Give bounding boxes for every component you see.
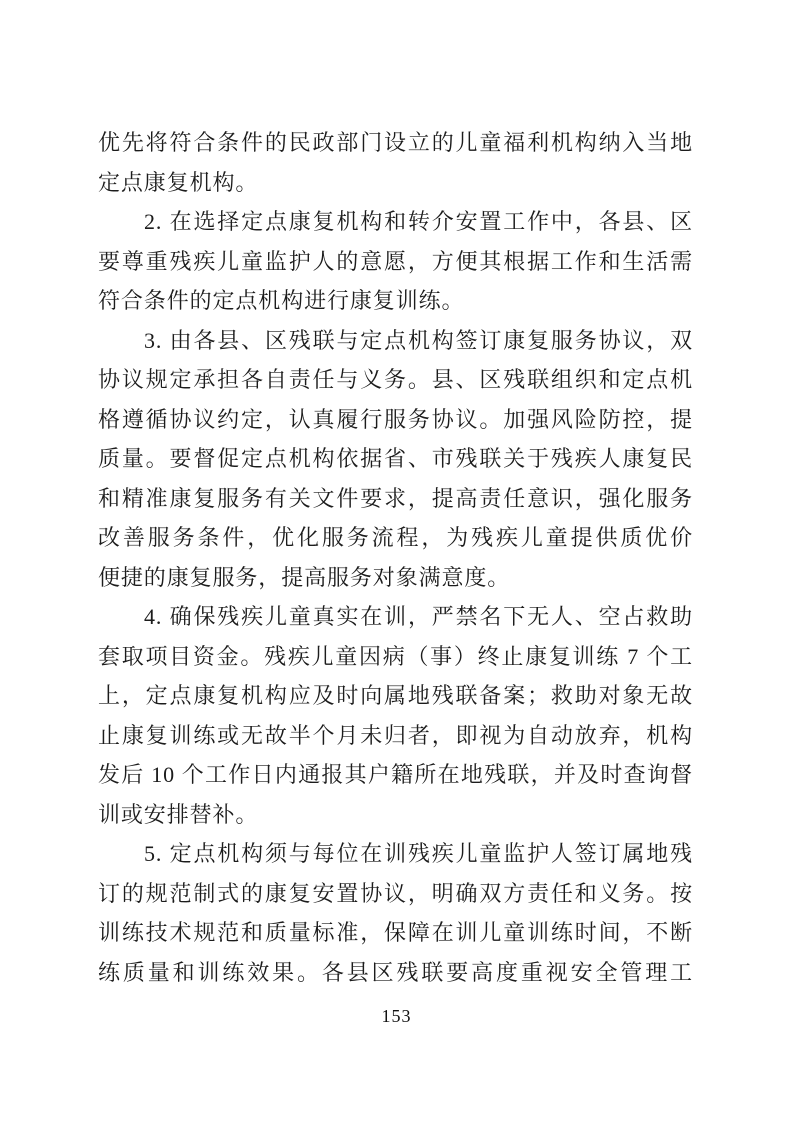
text-line: 训练技术规范和质量标准，保障在训儿童训练时间，不断提高训 bbox=[98, 913, 693, 953]
document-page: 优先将符合条件的民政部门设立的儿童福利机构纳入当地残联定点康复机构。2. 在选择… bbox=[0, 0, 793, 1122]
text-line: 符合条件的定点机构进行康复训练。 bbox=[98, 281, 693, 321]
text-line: 套取项目资金。残疾儿童因病（事）终止康复训练 7 个工作日以 bbox=[98, 637, 693, 677]
text-line: 便捷的康复服务，提高服务对象满意度。 bbox=[98, 558, 693, 598]
text-line: 2. 在选择定点康复机构和转介安置工作中，各县、区残联 bbox=[98, 202, 693, 242]
text-line: 4. 确保残疾儿童真实在训，严禁名下无人、空占救助名额 bbox=[98, 597, 693, 637]
text-line: 5. 定点机构须与每位在训残疾儿童监护人签订属地残联制 bbox=[98, 834, 693, 874]
document-body: 优先将符合条件的民政部门设立的儿童福利机构纳入当地残联定点康复机构。2. 在选择… bbox=[98, 123, 693, 992]
text-line: 改善服务条件，优化服务流程，为残疾儿童提供质优价廉、规范 bbox=[98, 518, 693, 558]
text-line: 和精准康复服务有关文件要求，提高责任意识，强化服务意识， bbox=[98, 479, 693, 519]
text-line: 发后 10 个工作日内通报其户籍所在地残联，并及时查询督查复 bbox=[98, 755, 693, 795]
text-line: 练质量和训练效果。各县区残联要高度重视安全管理工作，定期 bbox=[98, 953, 693, 993]
text-line: 训或安排替补。 bbox=[98, 795, 693, 835]
text-line: 要尊重残疾儿童监护人的意愿，方便其根据工作和生活需要选择 bbox=[98, 242, 693, 282]
text-line: 上，定点康复机构应及时向属地残联备案；救助对象无故中途终 bbox=[98, 676, 693, 716]
text-line: 协议规定承担各自责任与义务。县、区残联组织和定点机构要严 bbox=[98, 360, 693, 400]
page-number: 153 bbox=[0, 1003, 793, 1029]
text-line: 止康复训练或无故半个月未归者，即视为自动放弃，机构应在事 bbox=[98, 716, 693, 756]
text-line: 优先将符合条件的民政部门设立的儿童福利机构纳入当地残联 bbox=[98, 123, 693, 163]
text-line: 定点康复机构。 bbox=[98, 163, 693, 203]
text-line: 质量。要督促定点机构依据省、市残联关于残疾人康复民生工程 bbox=[98, 439, 693, 479]
text-line: 订的规范制式的康复安置协议，明确双方责任和义务。按照康复 bbox=[98, 874, 693, 914]
text-line: 格遵循协议约定，认真履行服务协议。加强风险防控，提高服务 bbox=[98, 400, 693, 440]
text-line: 3. 由各县、区残联与定点机构签订康复服务协议，双方按 bbox=[98, 321, 693, 361]
